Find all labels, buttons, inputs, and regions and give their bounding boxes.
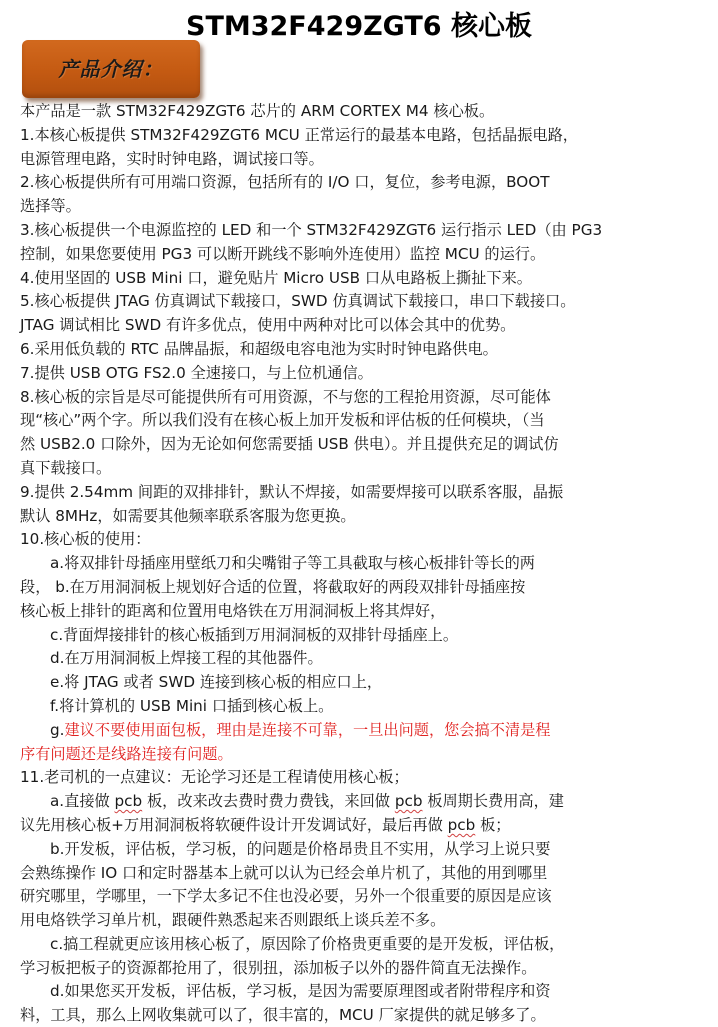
text-line: 3.核心板提供一个电源监控的 LED 和一个 STM32F429ZGT6 运行指…: [20, 219, 660, 243]
page-title: STM32F429ZGT6 核心板: [0, 4, 718, 43]
text-fragment: JTAG 调试相比 SWD 有许多优点，使用中两种对比可以体会其中的优势。: [20, 316, 515, 334]
text-fragment: 默认 8MHz，如需要其他频率联系客服为您更换。: [20, 507, 356, 525]
text-line: 研究哪里，学哪里，一下学太多记不住也没必要，另外一个很重要的原因是应该: [20, 885, 660, 909]
text-fragment: 料，工具，那么上网收集就可以了，很丰富的，MCU 厂家提供的就足够多了。: [20, 1006, 546, 1024]
warning-text: 建议不要使用面包板，理由是连接不可靠，一旦出问题，您会搞不清是程: [64, 721, 550, 739]
text-line: 现“核心”两个字。所以我们没有在核心板上加开发板和评估板的任何模块，（当: [20, 409, 660, 433]
text-line: 核心板上排针的距离和位置用电烙铁在万用洞洞板上将其焊好，: [20, 600, 660, 624]
text-fragment: 9.提供 2.54mm 间距的双排排针，默认不焊接，如需要焊接可以联系客服，晶振: [20, 483, 563, 501]
spellcheck-word: pcb: [448, 816, 476, 834]
text-fragment: 会熟练操作 IO 口和定时器基本上就可以认为已经会单片机了，其他的用到哪里: [20, 864, 547, 882]
text-fragment: a.将双排针母插座用壁纸刀和尖嘴钳子等工具截取与核心板排针等长的两: [50, 554, 535, 572]
product-description: 本产品是一款 STM32F429ZGT6 芯片的 ARM CORTEX M4 核…: [20, 100, 660, 1027]
text-line: 11.老司机的一点建议：无论学习还是工程请使用核心板；: [20, 766, 660, 790]
text-line: 然 USB2.0 口除外，因为无论如何您需要插 USB 供电）。并且提供充足的调…: [20, 433, 660, 457]
text-fragment: 板；: [475, 816, 510, 834]
text-line: a.直接做 pcb 板，改来改去费时费力费钱，来回做 pcb 板周期长费用高，建: [20, 790, 660, 814]
text-line: e.将 JTAG 或者 SWD 连接到核心板的相应口上，: [20, 671, 660, 695]
text-fragment: 5.核心板提供 JTAG 仿真调试下载接口，SWD 仿真调试下载接口，串口下载接…: [20, 292, 575, 310]
list-marker: g.: [50, 721, 64, 739]
text-line: 段， b.在万用洞洞板上规划好合适的位置，将截取好的两段双排针母插座按: [20, 576, 660, 600]
text-fragment: 10.核心板的使用：: [20, 530, 150, 548]
text-line: 7.提供 USB OTG FS2.0 全速接口，与上位机通信。: [20, 362, 660, 386]
text-line: 控制，如果您要使用 PG3 可以断开跳线不影响外连使用）监控 MCU 的运行。: [20, 243, 660, 267]
text-line: 本产品是一款 STM32F429ZGT6 芯片的 ARM CORTEX M4 核…: [20, 100, 660, 124]
text-line: 料，工具，那么上网收集就可以了，很丰富的，MCU 厂家提供的就足够多了。: [20, 1004, 660, 1027]
spellcheck-word: pcb: [395, 792, 423, 810]
text-fragment: 段， b.在万用洞洞板上规划好合适的位置，将截取好的两段双排针母插座按: [20, 578, 525, 596]
text-line: c.搞工程就更应该用核心板了，原因除了价格贵更重要的是开发板，评估板，: [20, 933, 660, 957]
text-line: 默认 8MHz，如需要其他频率联系客服为您更换。: [20, 505, 660, 529]
text-fragment: 2.核心板提供所有可用端口资源，包括所有的 I/O 口，复位，参考电源，BOOT: [20, 173, 549, 191]
text-line: 4.使用坚固的 USB Mini 口，避免贴片 Micro USB 口从电路板上…: [20, 267, 660, 291]
section-badge: 产品介绍：: [22, 40, 200, 98]
warning-text: 序有问题还是线路连接有问题。: [20, 745, 233, 763]
text-line: JTAG 调试相比 SWD 有许多优点，使用中两种对比可以体会其中的优势。: [20, 314, 660, 338]
text-fragment: 8.核心板的宗旨是尽可能提供所有可用资源，不与您的工程抢用资源，尽可能体: [20, 388, 551, 406]
text-fragment: 用电烙铁学习单片机，跟硬件熟悉起来否则跟纸上谈兵差不多。: [20, 911, 445, 929]
text-line: 2.核心板提供所有可用端口资源，包括所有的 I/O 口，复位，参考电源，BOOT: [20, 171, 660, 195]
text-fragment: 3.核心板提供一个电源监控的 LED 和一个 STM32F429ZGT6 运行指…: [20, 221, 602, 239]
text-line: g.建议不要使用面包板，理由是连接不可靠，一旦出问题，您会搞不清是程: [20, 719, 660, 743]
text-line: 议先用核心板+万用洞洞板将软硬件设计开发调试好，最后再做 pcb 板；: [20, 814, 660, 838]
text-fragment: c.背面焊接排针的核心板插到万用洞洞板的双排针母插座上。: [50, 626, 458, 644]
text-fragment: d.如果您买开发板，评估板，学习板，是因为需要原理图或者附带程序和资: [50, 982, 550, 1000]
text-fragment: 1.本核心板提供 STM32F429ZGT6 MCU 正常运行的最基本电路，包括…: [20, 126, 578, 144]
text-fragment: 板，改来改去费时费力费钱，来回做: [142, 792, 395, 810]
text-fragment: e.将 JTAG 或者 SWD 连接到核心板的相应口上，: [50, 673, 382, 691]
text-line: 8.核心板的宗旨是尽可能提供所有可用资源，不与您的工程抢用资源，尽可能体: [20, 386, 660, 410]
text-line: b.开发板，评估板，学习板，的问题是价格昂贵且不实用，从学习上说只要: [20, 838, 660, 862]
text-fragment: 现“核心”两个字。所以我们没有在核心板上加开发板和评估板的任何模块，（当: [20, 411, 545, 429]
text-fragment: 7.提供 USB OTG FS2.0 全速接口，与上位机通信。: [20, 364, 373, 382]
text-fragment: a.直接做: [50, 792, 115, 810]
text-fragment: b.开发板，评估板，学习板，的问题是价格昂贵且不实用，从学习上说只要: [50, 840, 550, 858]
text-fragment: 板周期长费用高，建: [422, 792, 564, 810]
text-fragment: 核心板上排针的距离和位置用电烙铁在万用洞洞板上将其焊好，: [20, 602, 445, 620]
text-line: 1.本核心板提供 STM32F429ZGT6 MCU 正常运行的最基本电路，包括…: [20, 124, 660, 148]
text-line: c.背面焊接排针的核心板插到万用洞洞板的双排针母插座上。: [20, 624, 660, 648]
text-fragment: 电源管理电路，实时时钟电路，调试接口等。: [20, 150, 324, 168]
text-fragment: 控制，如果您要使用 PG3 可以断开跳线不影响外连使用）监控 MCU 的运行。: [20, 245, 545, 263]
text-line: 9.提供 2.54mm 间距的双排排针，默认不焊接，如需要焊接可以联系客服，晶振: [20, 481, 660, 505]
text-fragment: d.在万用洞洞板上焊接工程的其他器件。: [50, 649, 323, 667]
spellcheck-word: pcb: [115, 792, 143, 810]
text-line: f.将计算机的 USB Mini 口插到核心板上。: [20, 695, 660, 719]
text-fragment: f.将计算机的 USB Mini 口插到核心板上。: [50, 697, 333, 715]
text-fragment: 真下载接口。: [20, 459, 111, 477]
text-fragment: 学习板把板子的资源都抢用了，很别扭，添加板子以外的器件简直无法操作。: [20, 959, 536, 977]
section-badge-label: 产品介绍：: [22, 40, 200, 98]
text-line: d.在万用洞洞板上焊接工程的其他器件。: [20, 647, 660, 671]
text-line: 用电烙铁学习单片机，跟硬件熟悉起来否则跟纸上谈兵差不多。: [20, 909, 660, 933]
text-fragment: 选择等。: [20, 197, 81, 215]
text-fragment: 4.使用坚固的 USB Mini 口，避免贴片 Micro USB 口从电路板上…: [20, 269, 532, 287]
text-line: 序有问题还是线路连接有问题。: [20, 743, 660, 767]
text-line: 10.核心板的使用：: [20, 528, 660, 552]
text-line: 选择等。: [20, 195, 660, 219]
text-line: d.如果您买开发板，评估板，学习板，是因为需要原理图或者附带程序和资: [20, 980, 660, 1004]
text-fragment: c.搞工程就更应该用核心板了，原因除了价格贵更重要的是开发板，评估板，: [50, 935, 564, 953]
text-fragment: 6.采用低负载的 RTC 品牌晶振，和超级电容电池为实时时钟电路供电。: [20, 340, 498, 358]
text-line: 会熟练操作 IO 口和定时器基本上就可以认为已经会单片机了，其他的用到哪里: [20, 862, 660, 886]
text-fragment: 研究哪里，学哪里，一下学太多记不住也没必要，另外一个很重要的原因是应该: [20, 887, 552, 905]
text-fragment: 11.老司机的一点建议：无论学习还是工程请使用核心板；: [20, 768, 409, 786]
text-fragment: 议先用核心板+万用洞洞板将软硬件设计开发调试好，最后再做: [20, 816, 448, 834]
text-fragment: 本产品是一款 STM32F429ZGT6 芯片的 ARM CORTEX M4 核…: [20, 102, 494, 120]
text-line: 学习板把板子的资源都抢用了，很别扭，添加板子以外的器件简直无法操作。: [20, 957, 660, 981]
text-line: 电源管理电路，实时时钟电路，调试接口等。: [20, 148, 660, 172]
text-fragment: 然 USB2.0 口除外，因为无论如何您需要插 USB 供电）。并且提供充足的调…: [20, 435, 559, 453]
text-line: 真下载接口。: [20, 457, 660, 481]
text-line: 5.核心板提供 JTAG 仿真调试下载接口，SWD 仿真调试下载接口，串口下载接…: [20, 290, 660, 314]
text-line: 6.采用低负载的 RTC 品牌晶振，和超级电容电池为实时时钟电路供电。: [20, 338, 660, 362]
text-line: a.将双排针母插座用壁纸刀和尖嘴钳子等工具截取与核心板排针等长的两: [20, 552, 660, 576]
